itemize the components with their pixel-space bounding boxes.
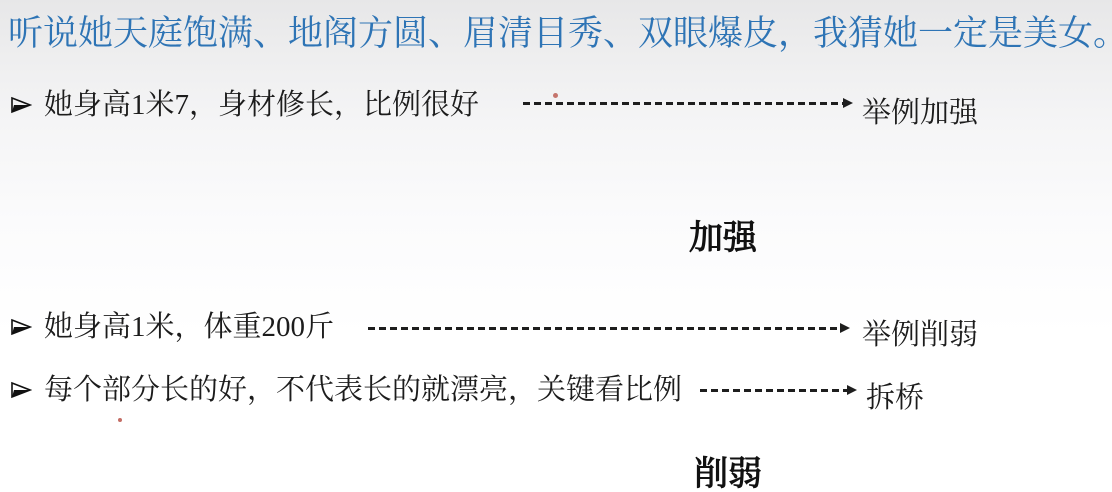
- bullet-text: 每个部分长的好，不代表长的就漂亮，关键看比例: [44, 373, 682, 408]
- bullet-row-3: 每个部分长的好，不代表长的就漂亮，关键看比例: [10, 373, 682, 408]
- dashed-arrow-2: [368, 322, 850, 334]
- bullet-row-2: 她身高1米，体重200斤: [10, 310, 334, 345]
- arrow-dash-line: [368, 327, 842, 330]
- arrowhead-bullet-icon: [10, 318, 32, 336]
- laser-pointer-dot: [118, 418, 122, 422]
- dashed-arrow-3: [700, 384, 857, 396]
- section-label-strengthen: 加强: [689, 210, 757, 259]
- arrow-head-icon: [847, 385, 857, 395]
- annotation-label-dismantle-bridge: 拆桥: [866, 375, 924, 416]
- arrow-head-icon: [840, 323, 850, 333]
- slide-canvas: 听说她天庭饱满、地阁方圆、眉清目秀、双眼爆皮，我猜她一定是美女。 她身高1米7，…: [0, 0, 1112, 492]
- annotation-label-weaken-example: 举例削弱: [862, 312, 978, 353]
- arrowhead-bullet-icon: [10, 96, 32, 114]
- annotation-label-strengthen-example: 举例加强: [862, 90, 978, 131]
- laser-pointer-dot: [553, 93, 558, 98]
- bullet-row-1: 她身高1米7，身材修长，比例很好: [10, 88, 479, 123]
- slide-title: 听说她天庭饱满、地阁方圆、眉清目秀、双眼爆皮，我猜她一定是美女。: [8, 12, 1108, 56]
- bullet-text: 她身高1米，体重200斤: [44, 310, 334, 345]
- arrow-dash-line: [700, 389, 849, 392]
- arrow-head-icon: [843, 98, 853, 108]
- arrow-dash-line: [523, 102, 845, 105]
- section-label-weaken: 削弱: [694, 446, 762, 492]
- arrowhead-bullet-icon: [10, 381, 32, 399]
- bullet-text: 她身高1米7，身材修长，比例很好: [44, 88, 479, 123]
- dashed-arrow-1: [523, 97, 853, 109]
